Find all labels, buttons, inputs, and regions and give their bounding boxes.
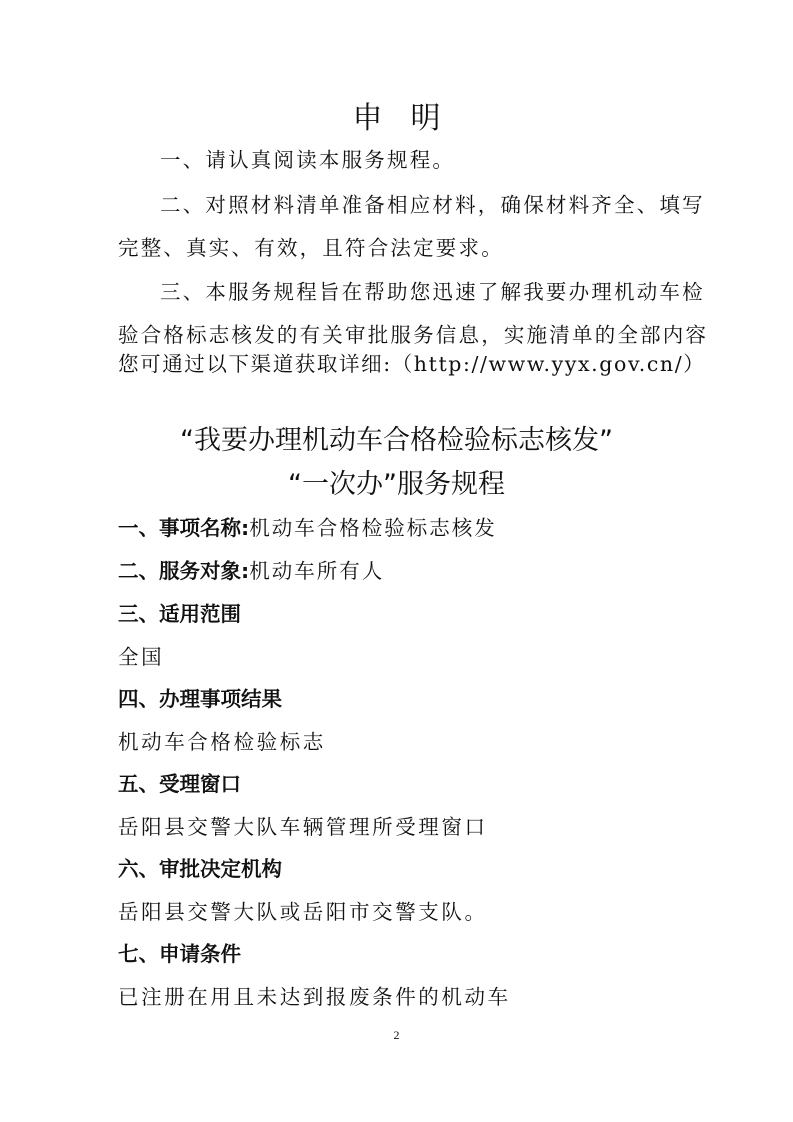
section-result-content: 机动车合格检验标志 (118, 727, 326, 757)
document-title-line-2: “一次办”服务规程 (0, 466, 793, 504)
section-authority-content: 岳阳县交警大队或岳阳市交警支队。 (118, 897, 488, 927)
document-page: 申明 一、请认真阅读本服务规程。 二、对照材料清单准备相应材料，确保材料齐全、填… (0, 0, 793, 1122)
declaration-item-2-line-1: 二、对照材料清单准备相应材料，确保材料齐全、填写 (160, 190, 705, 220)
section-scope-heading: 三、适用范围 (118, 599, 241, 629)
declaration-item-3-line-2: 验合格标志核发的有关审批服务信息，实施清单的全部内容 (118, 320, 708, 350)
declaration-item-1: 一、请认真阅读本服务规程。 (160, 145, 455, 175)
section-scope-content: 全国 (118, 642, 164, 672)
declaration-title: 申明 (0, 99, 793, 139)
section-conditions-content: 已注册在用且未达到报废条件的机动车 (118, 982, 511, 1012)
declaration-item-2-line-2: 完整、真实、有效，且符合法定要求。 (118, 233, 504, 263)
section-item-name-heading: 一、事项名称: (118, 516, 249, 540)
declaration-item-3-line-1: 三、本服务规程旨在帮助您迅速了解我要办理机动车检 (160, 277, 705, 307)
section-service-target: 二、服务对象:机动车所有人 (118, 556, 384, 586)
section-conditions-heading: 七、申请条件 (118, 939, 241, 969)
declaration-item-3-line-3: 您可通过以下渠道获取详细:（http://www.yyx.gov.cn/） (118, 349, 705, 379)
document-title-line-1: “我要办理机动车合格检验标志核发” (0, 422, 793, 460)
section-service-target-heading: 二、服务对象: (118, 559, 249, 583)
section-authority-heading: 六、审批决定机构 (118, 854, 282, 884)
section-service-target-value: 机动车所有人 (249, 559, 384, 583)
section-item-name: 一、事项名称:机动车合格检验标志核发 (118, 513, 497, 543)
section-window-heading: 五、受理窗口 (118, 769, 241, 799)
page-number: 2 (0, 1028, 793, 1042)
section-window-content: 岳阳县交警大队车辆管理所受理窗口 (118, 812, 488, 842)
section-result-heading: 四、办理事项结果 (118, 684, 282, 714)
section-item-name-value: 机动车合格检验标志核发 (249, 516, 497, 540)
